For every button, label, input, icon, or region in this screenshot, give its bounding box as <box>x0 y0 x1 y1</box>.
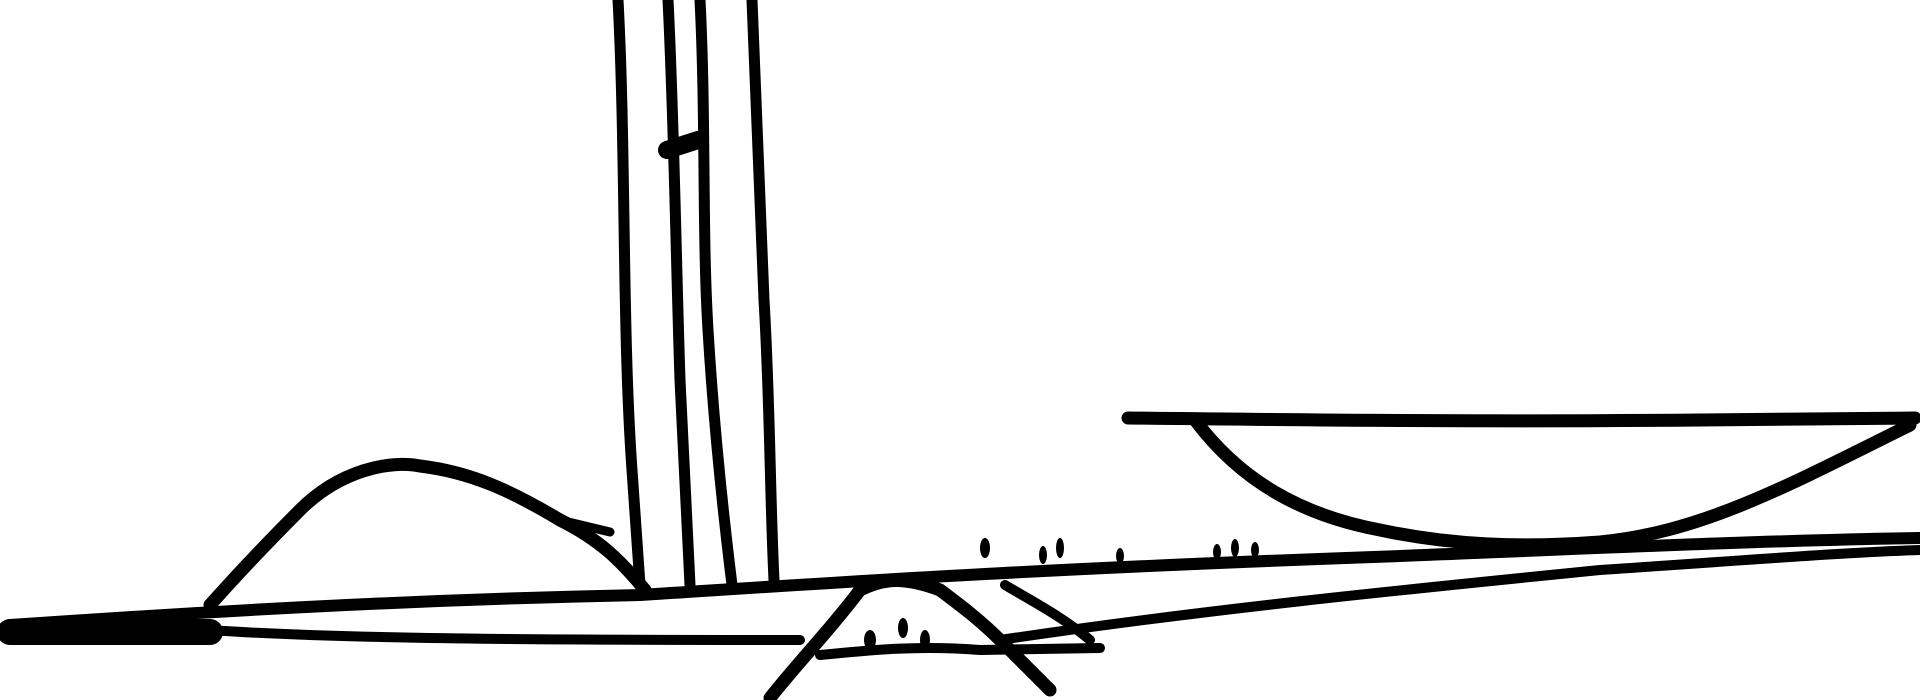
congress-sketch <box>0 0 1920 700</box>
paper-background <box>0 0 1920 700</box>
